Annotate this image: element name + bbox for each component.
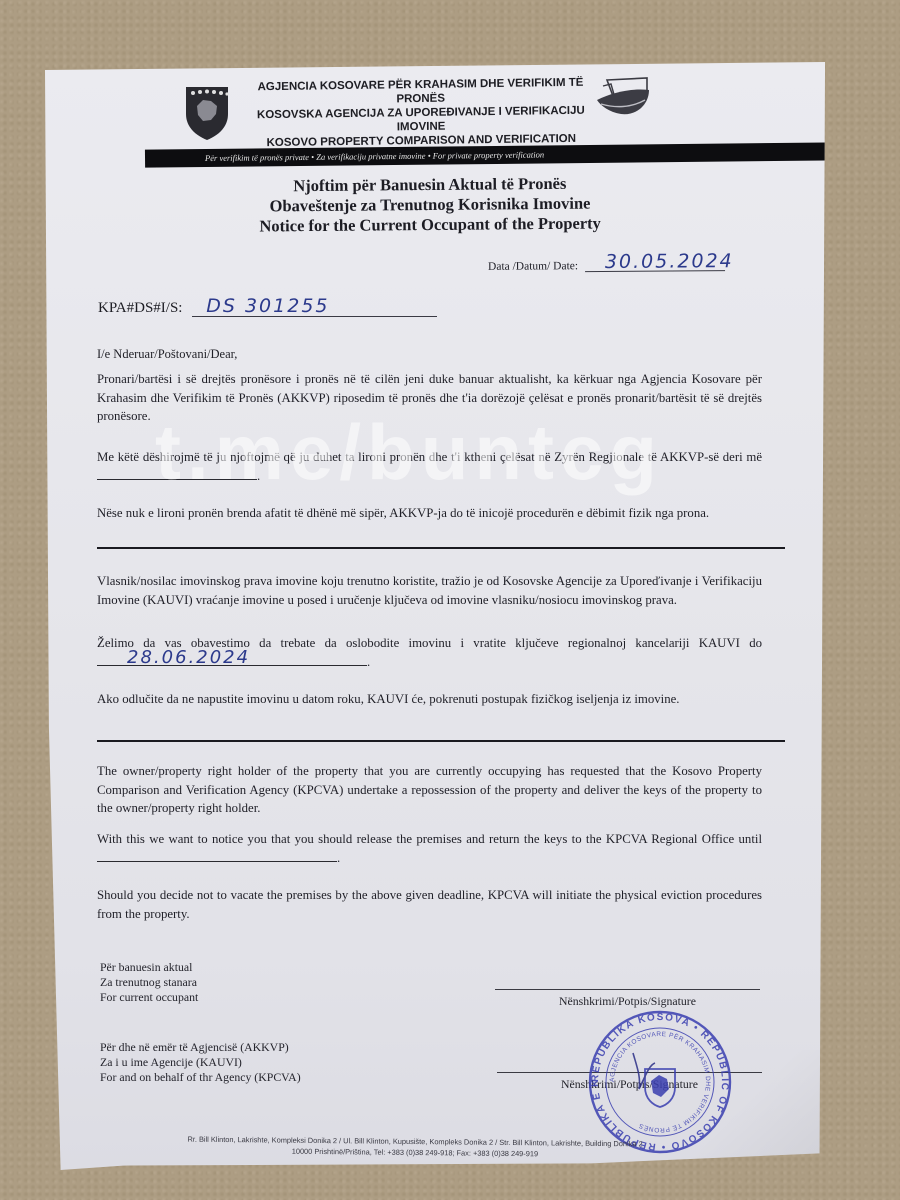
- agency-logo-icon: [593, 74, 655, 120]
- period: .: [257, 469, 260, 483]
- serbian-deadline-blank: 28.06.2024: [97, 653, 367, 666]
- date-label: Data /Datum/ Date:: [488, 260, 578, 273]
- salutation: I/e Nderuar/Poštovani/Dear,: [97, 347, 237, 362]
- english-deadline-text: With this we want to notice you that you…: [97, 832, 762, 846]
- occupant-signature-line: Nënshkrimi/Potpis/Signature: [495, 989, 760, 1009]
- agency-label-albanian: Për dhe në emër të Agjencisë (AKKVP): [100, 1040, 301, 1055]
- date-field: Data /Datum/ Date: 30.05.2024: [488, 256, 725, 273]
- case-number-handwritten: DS 301255: [206, 295, 329, 317]
- serbian-paragraph-3: Ako odlučite da ne napustite imovinu u d…: [97, 690, 762, 709]
- albanian-paragraph-1: Pronari/bartësi i së drejtës pronësore i…: [97, 370, 762, 426]
- period: .: [367, 655, 370, 669]
- agency-signature-label: Për dhe në emër të Agjencisë (AKKVP) Za …: [100, 1040, 301, 1085]
- case-number-label: KPA#DS#I/S:: [98, 300, 182, 316]
- period: .: [337, 851, 340, 865]
- serbian-paragraph-2: Želimo da vas obavestimo da trebate da o…: [97, 634, 762, 671]
- case-number-line: DS 301255: [192, 300, 437, 317]
- date-line: 30.05.2024: [585, 256, 725, 272]
- notice-document: AGJENCIA KOSOVARE PËR KRAHASIM DHE VERIF…: [45, 62, 825, 1170]
- section-divider: [97, 547, 785, 549]
- case-number-field: KPA#DS#I/S: DS 301255: [98, 300, 437, 317]
- agency-label-english: For and on behalf of thr Agency (KPCVA): [100, 1070, 301, 1085]
- occupant-label-english: For current occupant: [100, 990, 198, 1005]
- albanian-paragraph-2: Me këtë dëshirojmë të ju njoftojmë që ju…: [97, 448, 762, 485]
- agency-label-serbian: Za i u ime Agencije (KAUVI): [100, 1055, 301, 1070]
- occupant-signature-label: Për banuesin aktual Za trenutnog stanara…: [100, 960, 198, 1005]
- english-deadline-blank: [97, 849, 337, 862]
- english-paragraph-3: Should you decide not to vacate the prem…: [97, 886, 762, 923]
- section-divider: [97, 740, 785, 742]
- occupant-label-serbian: Za trenutnog stanara: [100, 975, 198, 990]
- occupant-label-albanian: Për banuesin aktual: [100, 960, 198, 975]
- title-english: Notice for the Current Occupant of the P…: [220, 213, 640, 237]
- date-handwritten: 30.05.2024: [605, 250, 734, 273]
- serbian-deadline-value: 28.06.2024: [127, 649, 250, 668]
- albanian-deadline-text: Me këtë dëshirojmë të ju njoftojmë që ju…: [97, 450, 762, 464]
- albanian-deadline-blank: [97, 467, 257, 480]
- kosovo-coat-of-arms-icon: [183, 84, 231, 142]
- english-paragraph-1: The owner/property right holder of the p…: [97, 762, 762, 818]
- english-paragraph-2: With this we want to notice you that you…: [97, 830, 762, 867]
- document-title: Njoftim për Banuesin Aktual të Pronës Ob…: [220, 173, 641, 237]
- official-stamp-icon: REPUBLIKA KOSOVA • REPUBLIC OF KOSOVO • …: [585, 1007, 735, 1157]
- serbian-paragraph-1: Vlasnik/nosilac imovinskog prava imovine…: [97, 572, 762, 609]
- albanian-paragraph-3: Nëse nuk e lironi pronën brenda afatit t…: [97, 504, 762, 523]
